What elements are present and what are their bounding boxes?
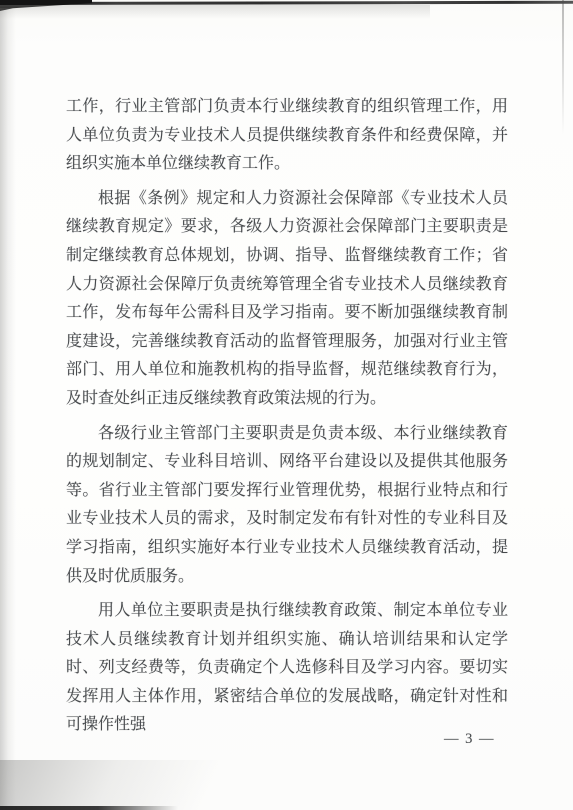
- scan-right-edge-line: [562, 0, 564, 135]
- scan-bottom-edge-line: [0, 806, 178, 810]
- document-body-text: 工作，行业主管部门负责本行业继续教育的组织管理工作，用人单位负责为专业技术人员提…: [66, 93, 508, 746]
- scanned-document-page: 工作，行业主管部门负责本行业继续教育的组织管理工作，用人单位负责为专业技术人员提…: [0, 0, 573, 810]
- scan-left-shadow-band: [0, 8, 16, 808]
- paragraph-continuation: 工作，行业主管部门负责本行业继续教育的组织管理工作，用人单位负责为专业技术人员提…: [66, 93, 508, 179]
- scan-top-smudge: [0, 5, 430, 19]
- scan-bottom-left-shadow: [0, 760, 275, 810]
- page-number: — 3 —: [444, 731, 495, 748]
- paragraph-employer-duties: 用人单位主要职责是执行继续教育政策、制定本单位专业技术人员继续教育计划并组织实施…: [66, 597, 508, 740]
- paragraph-industry-duties: 各级行业主管部门主要职责是负责本级、本行业继续教育的规划制定、专业科目培训、网络…: [66, 420, 508, 592]
- paragraph-hrss-duties: 根据《条例》规定和人力资源社会保障部《专业技术人员继续教育规定》要求，各级人力资…: [66, 185, 508, 414]
